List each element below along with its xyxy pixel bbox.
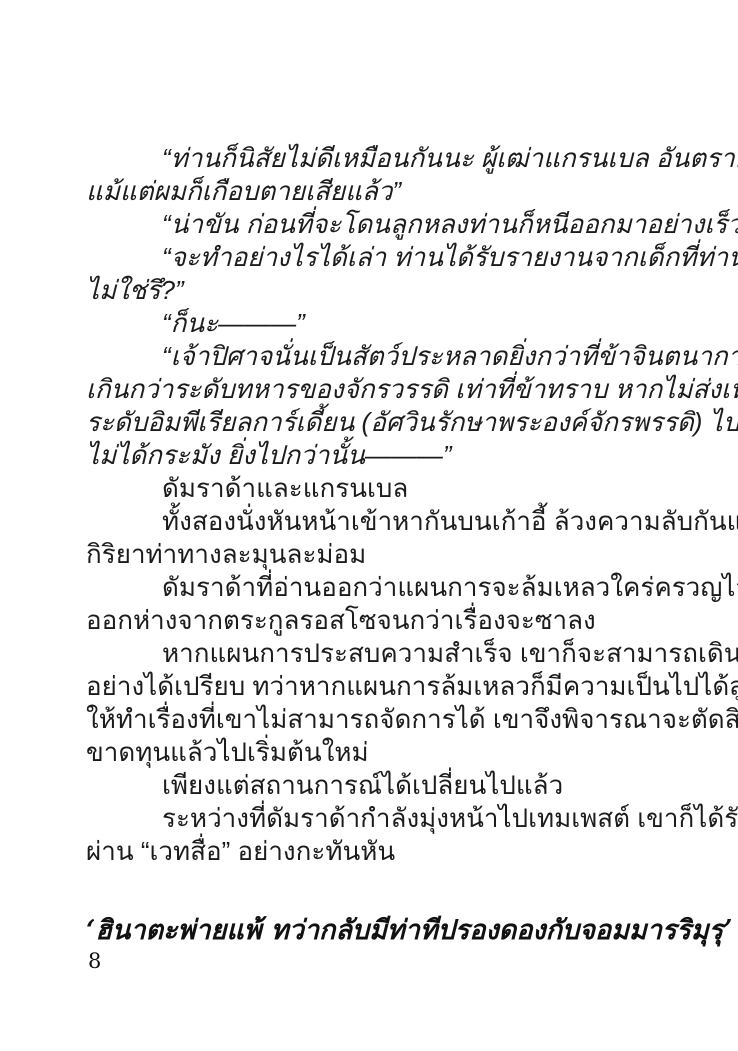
paragraph: “จะทำอย่างไรได้เล่า ท่านได้รับรายงานจากเ… [86,241,658,307]
paragraph: เพียงแต่สถานการณ์ได้เปลี่ยนไปแล้ว [86,769,658,802]
paragraph: “น่าขัน ก่อนที่จะโดนลูกหลงท่านก็หนีออกมา… [86,208,658,241]
text-line: ทั้งสองนั่งหันหน้าเข้าหากันบนเก้าอี้ ล้ว… [86,505,658,538]
text-line: ผ่าน “เวทสื่อ” อย่างกะทันหัน [86,835,658,868]
text-line: ไม่ใช่รึ?” [86,274,658,307]
text-line: ขาดทุนแล้วไปเริ่มต้นใหม่ [86,736,658,769]
text-line: ออกห่างจากตระกูลรอสโซจนกว่าเรื่องจะซาลง [86,604,658,637]
paragraph: “ท่านก็นิสัยไม่ดีเหมือนกันนะ ผู้เฒ่าแกรน… [86,142,658,208]
paragraph: ระหว่างที่ดัมราด้ากำลังมุ่งหน้าไปเทมเพสต… [86,802,658,868]
text-line: กิริยาท่าทางละมุนละม่อม [86,538,658,571]
text-line: เกินกว่าระดับทหารของจักรวรรดิ เท่าที่ข้า… [86,373,658,406]
paragraph: ทั้งสองนั่งหันหน้าเข้าหากันบนเก้าอี้ ล้ว… [86,505,658,571]
text-line: “เจ้าปิศาจนั่นเป็นสัตว์ประหลาดยิ่งกว่าที… [86,340,658,373]
text-line: “น่าขัน ก่อนที่จะโดนลูกหลงท่านก็หนีออกมา… [86,208,658,241]
page-number: 8 [88,948,101,974]
paragraph: หากแผนการประสบความสำเร็จ เขาก็จะสามารถเด… [86,637,658,769]
text-line: ดัมราด้าและแกรนเบล [86,472,658,505]
text-line: อย่างได้เปรียบ ทว่าหากแผนการล้มเหลวก็มีค… [86,670,658,703]
text-line: “จะทำอย่างไรได้เล่า ท่านได้รับรายงานจากเ… [86,241,658,274]
paragraph: ดัมราด้าและแกรนเบล [86,472,658,505]
text-line: ดัมราด้าที่อ่านออกว่าแผนการจะล้มเหลวใคร่… [86,571,658,604]
paragraph: “ก็นะ———” [86,307,658,340]
body-text: “ท่านก็นิสัยไม่ดีเหมือนกันนะ ผู้เฒ่าแกรน… [86,142,658,868]
text-line: แม้แต่ผมก็เกือบตายเสียแล้ว” [86,175,658,208]
book-page: “ท่านก็นิสัยไม่ดีเหมือนกันนะ ผู้เฒ่าแกรน… [0,0,738,1051]
text-line: ระดับอิมพีเรียลการ์เดี้ยน (อัศวินรักษาพร… [86,406,658,439]
text-line: “ท่านก็นิสัยไม่ดีเหมือนกันนะ ผู้เฒ่าแกรน… [86,142,658,175]
text-line: ไม่ได้กระมัง ยิ่งไปกว่านั้น———” [86,439,658,472]
text-line: เพียงแต่สถานการณ์ได้เปลี่ยนไปแล้ว [86,769,658,802]
paragraph: “เจ้าปิศาจนั่นเป็นสัตว์ประหลาดยิ่งกว่าที… [86,340,658,472]
text-line: “ก็นะ———” [86,307,658,340]
text-line: ให้ทำเรื่องที่เขาไม่สามารถจัดการได้ เขาจ… [86,703,658,736]
paragraph: ดัมราด้าที่อ่านออกว่าแผนการจะล้มเหลวใคร่… [86,571,658,637]
chapter-transition-heading: ‘ฮินาตะพ่ายแพ้ ทว่ากลับมีท่าทีปรองดองกับ… [86,912,658,950]
text-line: หากแผนการประสบความสำเร็จ เขาก็จะสามารถเด… [86,637,658,670]
text-line: ระหว่างที่ดัมราด้ากำลังมุ่งหน้าไปเทมเพสต… [86,802,658,835]
